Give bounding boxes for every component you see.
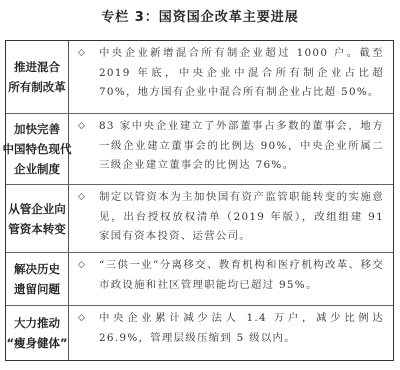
row-label-line: 所有制改革 <box>8 77 66 97</box>
row-content: ◇ 83 家中央企业建立了外部董事占多数的董事会，地方一级企业建立董事会的比例达… <box>69 114 393 184</box>
row-content: ◇ 制定以管资本为主加快国有资产监管职能转变的实施意见，出台授权放权清单（201… <box>69 185 393 252</box>
row-label: 推进混合 所有制改革 <box>6 41 69 113</box>
table-row: 推进混合 所有制改革 ◇ 中央企业新增混合所有制企业超过 1000 户。截至 2… <box>6 41 393 113</box>
row-text: 83 家中央企业建立了外部董事占多数的董事会，地方一级企业建立董事会的比例达 9… <box>99 117 384 176</box>
row-label-line: 大力推动 <box>6 313 67 333</box>
row-text: 中央企业新增混合所有制企业超过 1000 户。截至 2019 年底，中央企业中混… <box>99 44 384 103</box>
row-text: 制定以管资本为主加快国有资产监管职能转变的实施意见，出台授权放权清单（2019 … <box>99 188 384 247</box>
diamond-bullet-icon: ◇ <box>78 121 85 131</box>
diamond-bullet-icon: ◇ <box>78 313 85 323</box>
row-label-line: 企业制度 <box>3 159 72 179</box>
table-row: 加快完善 中国特色现代 企业制度 ◇ 83 家中央企业建立了外部董事占多数的董事… <box>6 113 393 184</box>
diamond-bullet-icon: ◇ <box>78 260 85 270</box>
row-text: “三供一业”分离移交、教育机构和医疗机构改革、移交市政设施和社区管理职能均已超过… <box>99 256 384 295</box>
diamond-bullet-icon: ◇ <box>78 192 85 202</box>
row-label-line: 中国特色现代 <box>3 139 72 159</box>
row-label-line: 推进混合 <box>8 57 66 77</box>
row-label: 从管企业向 管资本转变 <box>6 185 69 252</box>
row-label-line: 从管企业向 <box>8 199 66 219</box>
table-row: 从管企业向 管资本转变 ◇ 制定以管资本为主加快国有资产监管职能转变的实施意见，… <box>6 184 393 252</box>
row-text: 中央企业累计减少法人 1.4 万户，减少比例达 26.9%，管理层级压缩到 5 … <box>99 309 384 348</box>
row-label-line: 解决历史 <box>14 259 60 279</box>
row-label-line: 遗留问题 <box>14 279 60 299</box>
row-label: 解决历史 遗留问题 <box>6 253 69 305</box>
row-content: ◇ “三供一业”分离移交、教育机构和医疗机构改革、移交市政设施和社区管理职能均已… <box>69 253 393 305</box>
row-label: 大力推动 “瘦身健体” <box>6 306 69 360</box>
box-title: 专栏 3：国资国企改革主要进展 <box>0 6 400 25</box>
table-row: 大力推动 “瘦身健体” ◇ 中央企业累计减少法人 1.4 万户，减少比例达 26… <box>6 305 393 360</box>
row-label-line: “瘦身健体” <box>6 333 67 353</box>
diamond-bullet-icon: ◇ <box>78 48 85 58</box>
row-content: ◇ 中央企业新增混合所有制企业超过 1000 户。截至 2019 年底，中央企业… <box>69 41 393 113</box>
progress-table: 推进混合 所有制改革 ◇ 中央企业新增混合所有制企业超过 1000 户。截至 2… <box>5 40 394 361</box>
table-row: 解决历史 遗留问题 ◇ “三供一业”分离移交、教育机构和医疗机构改革、移交市政设… <box>6 252 393 305</box>
row-content: ◇ 中央企业累计减少法人 1.4 万户，减少比例达 26.9%，管理层级压缩到 … <box>69 306 393 360</box>
row-label-line: 管资本转变 <box>8 219 66 239</box>
row-label: 加快完善 中国特色现代 企业制度 <box>6 114 69 184</box>
row-label-line: 加快完善 <box>3 119 72 139</box>
